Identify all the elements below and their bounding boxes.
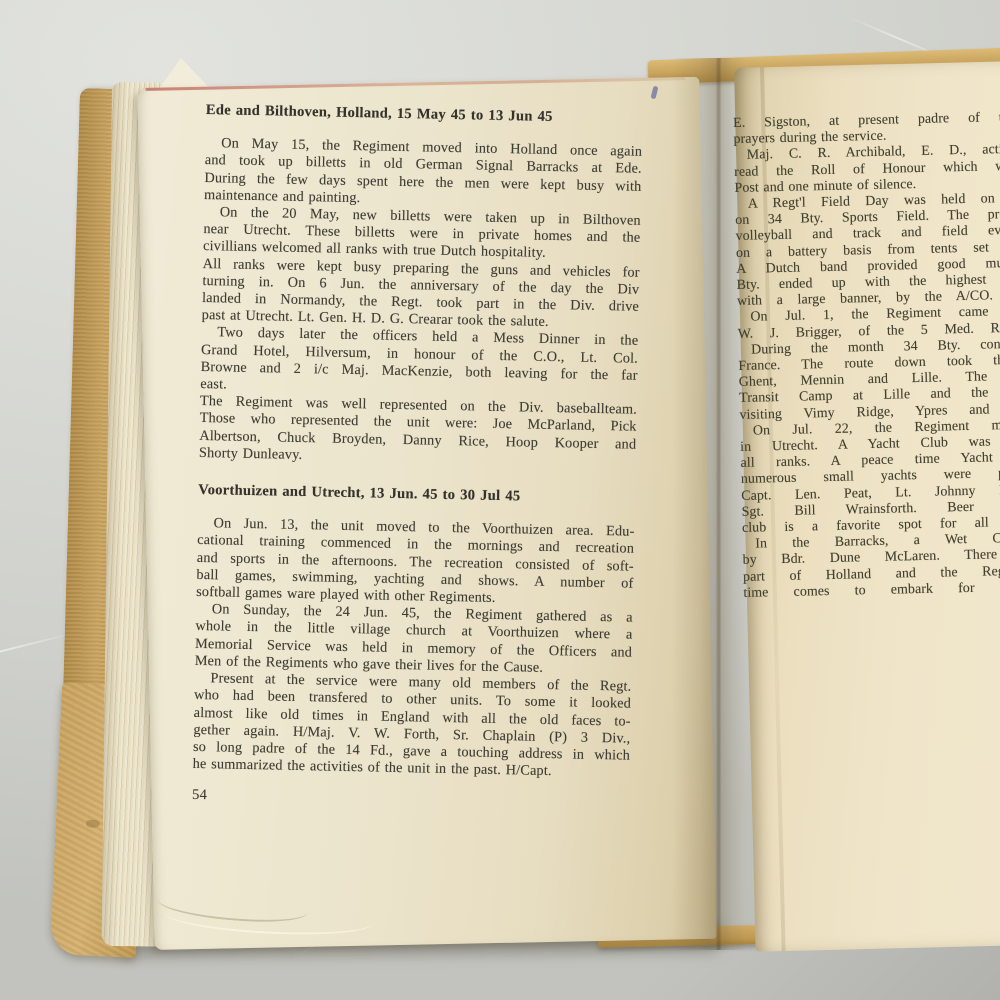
right-page-lines: E. Sigston, at present padre of thepraye…	[733, 110, 1000, 602]
left-page-lines: Ede and Bilthoven, Holland, 15 May 45 to…	[193, 102, 643, 782]
left-page-text: Ede and Bilthoven, Holland, 15 May 45 to…	[192, 102, 643, 813]
book-photo: Ede and Bilthoven, Holland, 15 May 45 to…	[0, 0, 1000, 1000]
page-curl-line	[163, 896, 374, 938]
right-page-text: E. Sigston, at present padre of thepraye…	[733, 110, 1000, 602]
section-heading: Voorthuizen and Utrecht, 13 Jun. 45 to 3…	[198, 482, 635, 508]
